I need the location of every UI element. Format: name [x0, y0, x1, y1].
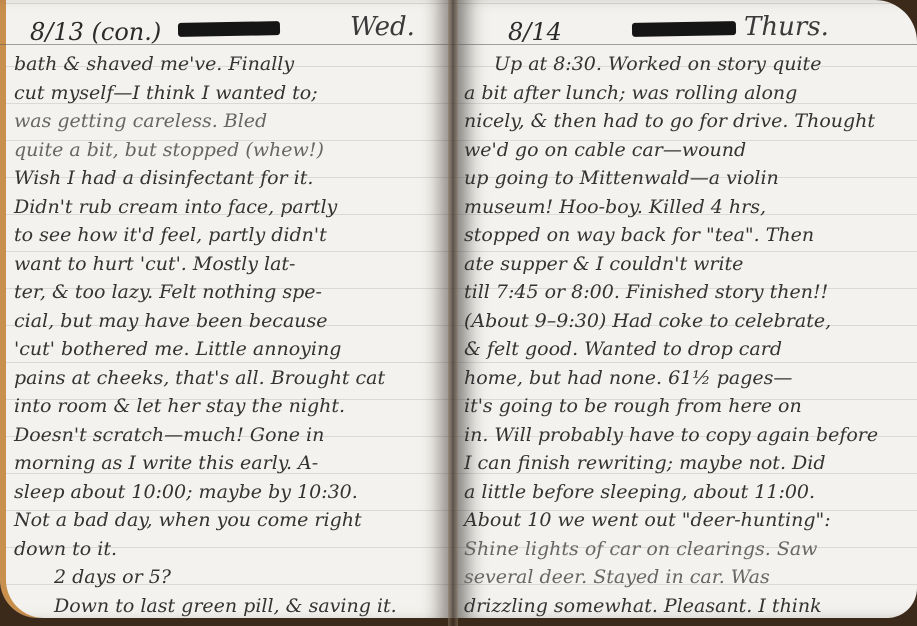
- left-page: 8/13 (con.) Wed. bath & shaved me've. Fi…: [0, 0, 452, 618]
- redaction-bar: [632, 21, 736, 37]
- entry-line: down to it.: [14, 535, 438, 564]
- entry-line: cut myself—I think I wanted to;: [14, 79, 438, 108]
- right-page-entry: Up at 8:30. Worked on story quite a bit …: [464, 50, 903, 618]
- diary-spread: 8/13 (con.) Wed. bath & shaved me've. Fi…: [0, 0, 917, 626]
- entry-line: into room & let her stay the night.: [14, 392, 438, 421]
- entry-line: 2 days or 5?: [14, 563, 438, 592]
- entry-line: a little before sleeping, about 11:00.: [464, 478, 903, 507]
- entry-line: Doesn't scratch—much! Gone in: [14, 421, 438, 450]
- right-page-header: 8/14 Thurs.: [452, 8, 917, 45]
- entry-line: was getting careless. Bled: [14, 107, 438, 136]
- entry-line: Up at 8:30. Worked on story quite: [464, 50, 903, 79]
- entry-line: ter, & too lazy. Felt nothing spe-: [14, 278, 438, 307]
- entry-line: museum! Hoo-boy. Killed 4 hrs,: [464, 193, 903, 222]
- entry-line: sleep about 10:00; maybe by 10:30.: [14, 478, 438, 507]
- entry-line: drizzling somewhat. Pleasant. I think: [464, 592, 903, 619]
- book-spine: [448, 0, 458, 626]
- entry-line: it's going to be rough from here on: [464, 392, 903, 421]
- entry-line: I can finish rewriting; maybe not. Did: [464, 449, 903, 478]
- entry-line: morning as I write this early. A-: [14, 449, 438, 478]
- entry-line: in. Will probably have to copy again bef…: [464, 421, 903, 450]
- entry-line: bath & shaved me've. Finally: [14, 50, 438, 79]
- left-page-header: 8/13 (con.) Wed.: [0, 8, 452, 45]
- entry-line: About 10 we went out "deer-hunting":: [464, 506, 903, 535]
- entry-line: we'd go on cable car—wound: [464, 136, 903, 165]
- entry-line: home, but had none. 61½ pages—: [464, 364, 903, 393]
- entry-line: Shine lights of car on clearings. Saw: [464, 535, 903, 564]
- entry-line: several deer. Stayed in car. Was: [464, 563, 903, 592]
- right-page-date: 8/14: [508, 18, 562, 46]
- right-page: 8/14 Thurs. Up at 8:30. Worked on story …: [452, 0, 917, 618]
- entry-line: want to hurt 'cut'. Mostly lat-: [14, 250, 438, 279]
- entry-line: Down to last green pill, & saving it.: [14, 592, 438, 619]
- entry-line: till 7:45 or 8:00. Finished story then!!: [464, 278, 903, 307]
- entry-line: Didn't rub cream into face, partly: [14, 193, 438, 222]
- entry-line: nicely, & then had to go for drive. Thou…: [464, 107, 903, 136]
- entry-line: Not a bad day, when you come right: [14, 506, 438, 535]
- entry-line: Wish I had a disinfectant for it.: [14, 164, 438, 193]
- entry-line: 'cut' bothered me. Little annoying: [14, 335, 438, 364]
- entry-line: pains at cheeks, that's all. Brought cat: [14, 364, 438, 393]
- entry-line: up going to Mittenwald—a violin: [464, 164, 903, 193]
- entry-line: quite a bit, but stopped (whew!): [14, 136, 438, 165]
- entry-line: a bit after lunch; was rolling along: [464, 79, 903, 108]
- left-page-entry: bath & shaved me've. Finally cut myself—…: [14, 50, 438, 618]
- entry-line: (About 9–9:30) Had coke to celebrate,: [464, 307, 903, 336]
- left-page-date: 8/13 (con.): [30, 18, 161, 46]
- entry-line: & felt good. Wanted to drop card: [464, 335, 903, 364]
- right-page-weekday: Thurs.: [744, 12, 829, 42]
- left-page-weekday: Wed.: [350, 12, 415, 42]
- entry-line: to see how it'd feel, partly didn't: [14, 221, 438, 250]
- entry-line: stopped on way back for "tea". Then: [464, 221, 903, 250]
- entry-line: ate supper & I couldn't write: [464, 250, 903, 279]
- redaction-bar: [178, 21, 280, 37]
- entry-line: cial, but may have been because: [14, 307, 438, 336]
